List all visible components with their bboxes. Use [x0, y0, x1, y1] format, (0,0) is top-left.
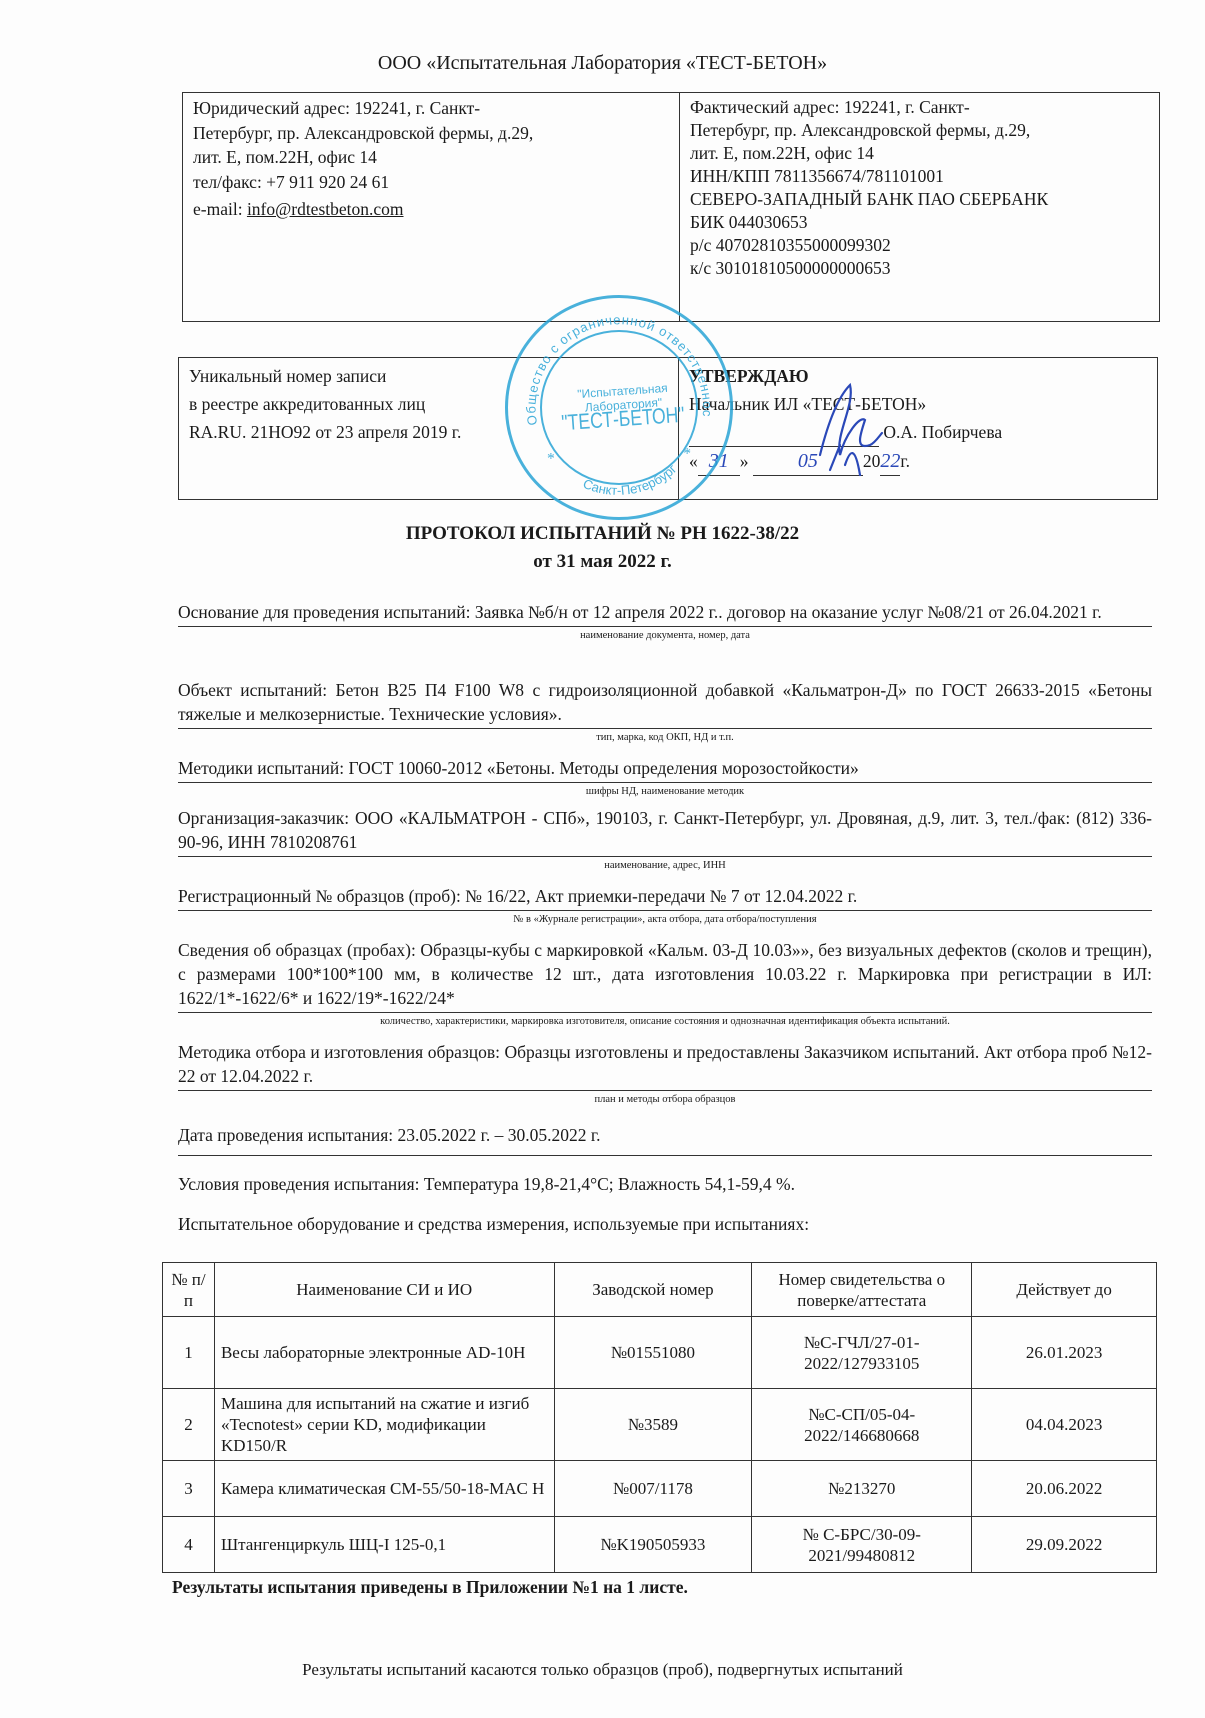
cell-name: Весы лабораторные электронные AD-10H [214, 1317, 554, 1389]
cell-number: 3 [163, 1461, 215, 1517]
table-row: 3 Камера климатическая СМ-55/50-18-MAC H… [163, 1461, 1157, 1517]
protocol-date: от 31 мая 2022 г. [0, 548, 1205, 576]
correspondent-account: к/с 30101810500000000653 [690, 257, 1149, 280]
table-row: 4 Штангенциркуль ШЦ-I 125-0,1 №K19050593… [163, 1517, 1157, 1573]
field-text: Методики испытаний: ГОСТ 10060-2012 «Бет… [178, 756, 1152, 783]
field-text: Организация-заказчик: ООО «КАЛЬМАТРОН - … [178, 806, 1152, 857]
field-text: Объект испытаний: Бетон В25 П4 F100 W8 с… [178, 678, 1152, 729]
field-methods: Методики испытаний: ГОСТ 10060-2012 «Бет… [178, 756, 1152, 799]
approval-date: «31» 052022г. [689, 447, 1147, 476]
inn-kpp: ИНН/КПП 7811356674/781101001 [690, 165, 1149, 188]
legal-line: Юридический адрес: 192241, г. Санкт- [193, 96, 669, 121]
actual-address: Фактический адрес: 192241, г. Санкт- Пет… [680, 93, 1159, 321]
legal-line: Петербург, пр. Александровской фермы, д.… [193, 121, 669, 146]
col-header-valid-until: Действует до [972, 1263, 1157, 1317]
field-customer: Организация-заказчик: ООО «КАЛЬМАТРОН - … [178, 806, 1152, 873]
cell-certificate: №С-СП/05-04-2022/146680668 [752, 1389, 972, 1461]
cell-name: Камера климатическая СМ-55/50-18-MAC H [214, 1461, 554, 1517]
signature-icon [810, 375, 885, 485]
field-registration: Регистрационный № образцов (проб): № 16/… [178, 884, 1152, 927]
actual-line: Фактический адрес: 192241, г. Санкт- [690, 96, 1149, 119]
cell-valid-until: 20.06.2022 [972, 1461, 1157, 1517]
field-text: Регистрационный № образцов (проб): № 16/… [178, 884, 1152, 911]
cell-number: 1 [163, 1317, 215, 1389]
table-row: 1 Весы лабораторные электронные AD-10H №… [163, 1317, 1157, 1389]
cell-certificate: №213270 [752, 1461, 972, 1517]
field-text: Основание для проведения испытаний: Заяв… [178, 600, 1152, 627]
cell-serial: №K190505933 [554, 1517, 752, 1573]
equipment-table: № п/п Наименование СИ и ИО Заводской ном… [162, 1262, 1157, 1573]
field-text: Дата проведения испытания: 23.05.2022 г.… [178, 1123, 1152, 1156]
cell-valid-until: 26.01.2023 [972, 1317, 1157, 1389]
cell-valid-until: 29.09.2022 [972, 1517, 1157, 1573]
svg-text:*: * [547, 450, 555, 467]
approver-position: Начальник ИЛ «ТЕСТ-БЕТОН» [689, 390, 1147, 418]
date-year-end: г. [900, 451, 910, 471]
table-header-row: № п/п Наименование СИ и ИО Заводской ном… [163, 1263, 1157, 1317]
field-text: Методика отбора и изготовления образцов:… [178, 1040, 1152, 1091]
field-hint: тип, марка, код ОКП, НД и т.п. [178, 729, 1152, 745]
company-stamp: Общество с ограниченной ответственностью… [505, 295, 733, 520]
quote: » [740, 451, 749, 471]
field-hint: количество, характеристики, маркировка и… [178, 1013, 1152, 1029]
legal-line: тел/факс: +7 911 920 24 61 [193, 170, 669, 195]
table-row: 2 Машина для испытаний на сжатие и изгиб… [163, 1389, 1157, 1461]
cell-number: 2 [163, 1389, 215, 1461]
cell-valid-until: 04.04.2023 [972, 1389, 1157, 1461]
cell-certificate: № С-БРС/30-09-2021/99480812 [752, 1517, 972, 1573]
legal-line: лит. Е, пом.22Н, офис 14 [193, 145, 669, 170]
protocol-title: ПРОТОКОЛ ИСПЫТАНИЙ № РН 1622-38/22 [0, 520, 1205, 548]
cell-serial: №01551080 [554, 1317, 752, 1389]
field-text: Сведения об образцах (пробах): Образцы-к… [178, 938, 1152, 1013]
email-link[interactable]: info@rdtestbeton.com [247, 199, 404, 219]
protocol-header: ПРОТОКОЛ ИСПЫТАНИЙ № РН 1622-38/22 от 31… [0, 520, 1205, 576]
cell-serial: №3589 [554, 1389, 752, 1461]
svg-text:Санкт-Петербург: Санкт-Петербург [581, 461, 680, 498]
field-hint: план и методы отбора образцов [178, 1091, 1152, 1107]
results-note: Результаты испытания приведены в Приложе… [172, 1577, 688, 1598]
field-hint: шифры НД, наименование методик [178, 783, 1152, 799]
actual-line: Петербург, пр. Александровской фермы, д.… [690, 119, 1149, 142]
field-hint: № в «Журнале регистрации», акта отбора, … [178, 911, 1152, 927]
field-samples-info: Сведения об образцах (пробах): Образцы-к… [178, 938, 1152, 1029]
col-header-serial: Заводской номер [554, 1263, 752, 1317]
cell-serial: №007/1178 [554, 1461, 752, 1517]
col-header-certificate: Номер свидетельства о поверке/аттестата [752, 1263, 972, 1317]
test-conditions: Условия проведения испытания: Температур… [178, 1172, 1152, 1196]
approval-block: УТВЕРЖДАЮ Начальник ИЛ «ТЕСТ-БЕТОН» О.А.… [679, 358, 1157, 499]
settlement-account: р/с 40702810355000099302 [690, 234, 1149, 257]
legal-address: Юридический адрес: 192241, г. Санкт- Пет… [183, 93, 680, 321]
signer-line: О.А. Побирчева [689, 418, 1147, 447]
organization-title: ООО «Испытательная Лаборатория «ТЕСТ-БЕТ… [0, 52, 1205, 75]
cell-number: 4 [163, 1517, 215, 1573]
bank-name: СЕВЕРО-ЗАПАДНЫЙ БАНК ПАО СБЕРБАНК [690, 188, 1149, 211]
equipment-intro: Испытательное оборудование и средства из… [178, 1212, 1152, 1236]
actual-line: лит. Е, пом.22Н, офис 14 [690, 142, 1149, 165]
col-header-name: Наименование СИ и ИО [214, 1263, 554, 1317]
email-line: e-mail: info@rdtestbeton.com [193, 197, 669, 222]
field-test-object: Объект испытаний: Бетон В25 П4 F100 W8 с… [178, 678, 1152, 745]
cell-certificate: №С-ГЧЛ/27-01-2022/127933105 [752, 1317, 972, 1389]
footer-note: Результаты испытаний касаются только обр… [0, 1660, 1205, 1680]
cell-name: Штангенциркуль ШЦ-I 125-0,1 [214, 1517, 554, 1573]
address-box: Юридический адрес: 192241, г. Санкт- Пет… [182, 92, 1160, 322]
field-test-dates: Дата проведения испытания: 23.05.2022 г.… [178, 1123, 1152, 1156]
svg-text:*: * [683, 446, 691, 463]
approve-label: УТВЕРЖДАЮ [689, 362, 1147, 390]
field-basis: Основание для проведения испытаний: Заяв… [178, 600, 1152, 643]
field-hint: наименование, адрес, ИНН [178, 857, 1152, 873]
signer-name: О.А. Побирчева [883, 422, 1002, 442]
bik: БИК 044030653 [690, 211, 1149, 234]
email-label: e-mail: [193, 199, 247, 219]
col-header-number: № п/п [163, 1263, 215, 1317]
cell-name: Машина для испытаний на сжатие и изгиб «… [214, 1389, 554, 1461]
field-hint: наименование документа, номер, дата [178, 627, 1152, 643]
field-sampling-method: Методика отбора и изготовления образцов:… [178, 1040, 1152, 1107]
